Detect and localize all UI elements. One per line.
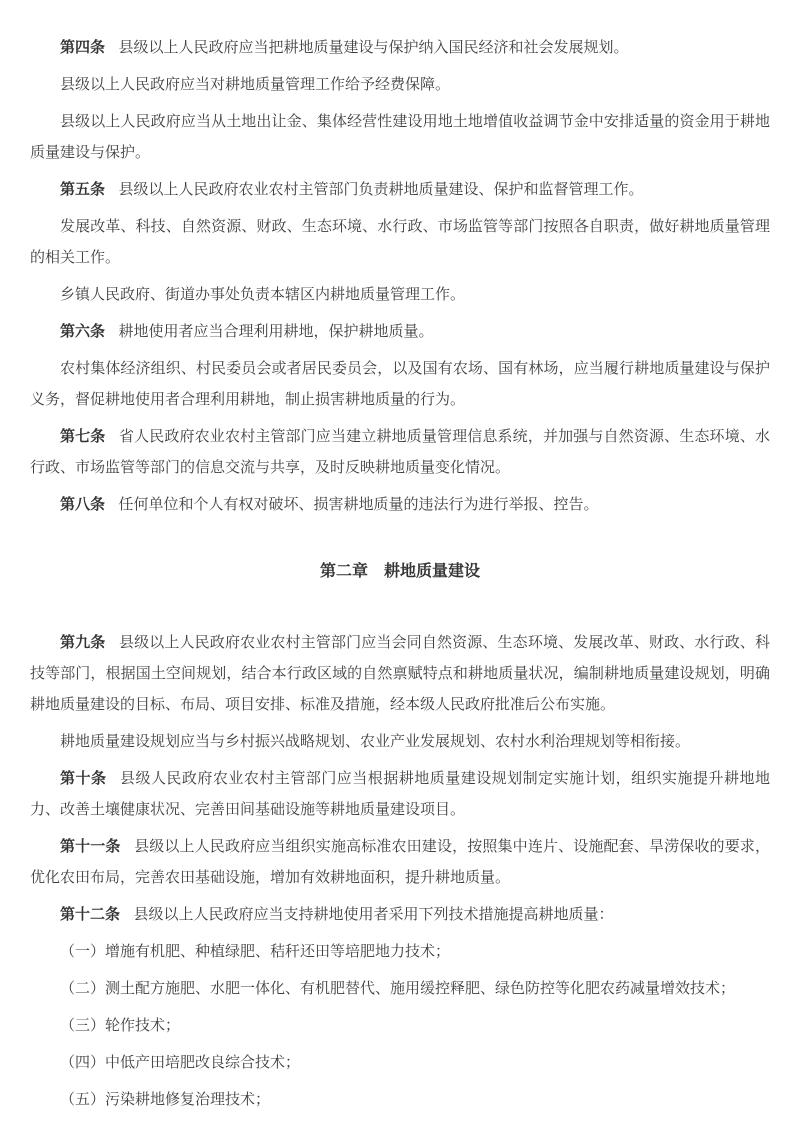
paragraph-text: 县级以上人民政府应当支持耕地使用者采用下列技术措施提高耕地质量： (134, 906, 614, 923)
article-number: 第六条 (60, 323, 105, 340)
paragraph: 县级以上人民政府应当从土地出让金、集体经营性建设用地土地增值收益调节金中安排适量… (30, 106, 770, 168)
article-paragraph: 第十条县级人民政府农业农村主管部门应当根据耕地质量建设规划制定实施计划，组织实施… (30, 763, 770, 825)
paragraph-text: 省人民政府农业农村主管部门应当建立耕地质量管理信息系统，并加强与自然资源、生态环… (30, 428, 770, 476)
article-number: 第十条 (60, 770, 106, 787)
article-paragraph: 第八条任何单位和个人有权对破坏、损害耕地质量的违法行为进行举报、控告。 (30, 489, 770, 520)
paragraph-text: 县级以上人民政府应当从土地出让金、集体经营性建设用地土地增值收益调节金中安排适量… (30, 113, 770, 161)
paragraph-text: 耕地质量建设 (384, 563, 480, 580)
article-paragraph: 第五条县级以上人民政府农业农村主管部门负责耕地质量建设、保护和监督管理工作。 (30, 174, 770, 205)
list-item: （一）增施有机肥、种植绿肥、秸秆还田等培肥地力技术； (30, 936, 770, 967)
paragraph-text: （四）中低产田培肥改良综合技术； (60, 1054, 300, 1071)
chapter-number: 第二章 (320, 563, 368, 580)
paragraph-text: 耕地使用者应当合理利用耕地，保护耕地质量。 (119, 323, 434, 340)
article-number: 第十二条 (60, 906, 120, 923)
paragraph-text: 任何单位和个人有权对破坏、损害耕地质量的违法行为进行举报、控告。 (119, 496, 599, 513)
paragraph-text: 县级以上人民政府应当组织实施高标准农田建设，按照集中连片、设施配套、旱涝保收的要… (30, 838, 770, 886)
article-paragraph: 第十一条县级以上人民政府应当组织实施高标准农田建设，按照集中连片、设施配套、旱涝… (30, 831, 770, 893)
paragraph-text: 农村集体经济组织、村民委员会或者居民委员会，以及国有农场、国有林场，应当履行耕地… (30, 360, 770, 408)
paragraph: 发展改革、科技、自然资源、财政、生态环境、水行政、市场监管等部门按照各自职责，做… (30, 211, 770, 273)
article-paragraph: 第六条耕地使用者应当合理利用耕地，保护耕地质量。 (30, 316, 770, 347)
document-page: 第四条县级以上人民政府应当把耕地质量建设与保护纳入国民经济和社会发展规划。县级以… (0, 0, 800, 1141)
article-paragraph: 第七条省人民政府农业农村主管部门应当建立耕地质量管理信息系统，并加强与自然资源、… (30, 421, 770, 483)
list-item: （二）测土配方施肥、水肥一体化、有机肥替代、施用缓控释肥、绿色防控等化肥农药减量… (30, 973, 770, 1004)
article-number: 第八条 (60, 496, 105, 513)
paragraph-text: 县级以上人民政府应当把耕地质量建设与保护纳入国民经济和社会发展规划。 (119, 39, 629, 56)
paragraph-text: 县级以上人民政府农业农村主管部门负责耕地质量建设、保护和监督管理工作。 (119, 181, 644, 198)
article-number: 第九条 (60, 634, 105, 651)
article-number: 第十一条 (60, 838, 121, 855)
paragraph-text: 耕地质量建设规划应当与乡村振兴战略规划、农业产业发展规划、农村水利治理规划等相衔… (60, 733, 690, 750)
list-item: （三）轮作技术； (30, 1010, 770, 1041)
article-paragraph: 第四条县级以上人民政府应当把耕地质量建设与保护纳入国民经济和社会发展规划。 (30, 32, 770, 63)
paragraph: 县级以上人民政府应当对耕地质量管理工作给予经费保障。 (30, 69, 770, 100)
list-item: （五）污染耕地修复治理技术； (30, 1084, 770, 1115)
article-number: 第七条 (60, 428, 105, 445)
list-item: （四）中低产田培肥改良综合技术； (30, 1047, 770, 1078)
article-number: 第四条 (60, 39, 105, 56)
paragraph-text: 县级以上人民政府应当对耕地质量管理工作给予经费保障。 (60, 76, 450, 93)
paragraph-text: 县级人民政府农业农村主管部门应当根据耕地质量建设规划制定实施计划，组织实施提升耕… (30, 770, 770, 818)
article-paragraph: 第十二条县级以上人民政府应当支持耕地使用者采用下列技术措施提高耕地质量： (30, 899, 770, 930)
paragraph-text: 乡镇人民政府、街道办事处负责本辖区内耕地质量管理工作。 (60, 286, 465, 303)
paragraph-text: 县级以上人民政府农业农村主管部门应当会同自然资源、生态环境、发展改革、财政、水行… (30, 634, 770, 713)
paragraph-text: （一）增施有机肥、种植绿肥、秸秆还田等培肥地力技术； (60, 943, 450, 960)
article-number: 第五条 (60, 181, 105, 198)
paragraph-text: 发展改革、科技、自然资源、财政、生态环境、水行政、市场监管等部门按照各自职责，做… (30, 218, 770, 266)
paragraph-text: （三）轮作技术； (60, 1017, 180, 1034)
chapter-heading: 第二章耕地质量建设 (30, 556, 770, 587)
paragraph: 农村集体经济组织、村民委员会或者居民委员会，以及国有农场、国有林场，应当履行耕地… (30, 353, 770, 415)
paragraph-text: （五）污染耕地修复治理技术； (60, 1091, 270, 1108)
paragraph: 耕地质量建设规划应当与乡村振兴战略规划、农业产业发展规划、农村水利治理规划等相衔… (30, 726, 770, 757)
paragraph: 乡镇人民政府、街道办事处负责本辖区内耕地质量管理工作。 (30, 279, 770, 310)
article-paragraph: 第九条县级以上人民政府农业农村主管部门应当会同自然资源、生态环境、发展改革、财政… (30, 627, 770, 720)
paragraph-text: （二）测土配方施肥、水肥一体化、有机肥替代、施用缓控释肥、绿色防控等化肥农药减量… (60, 980, 735, 997)
